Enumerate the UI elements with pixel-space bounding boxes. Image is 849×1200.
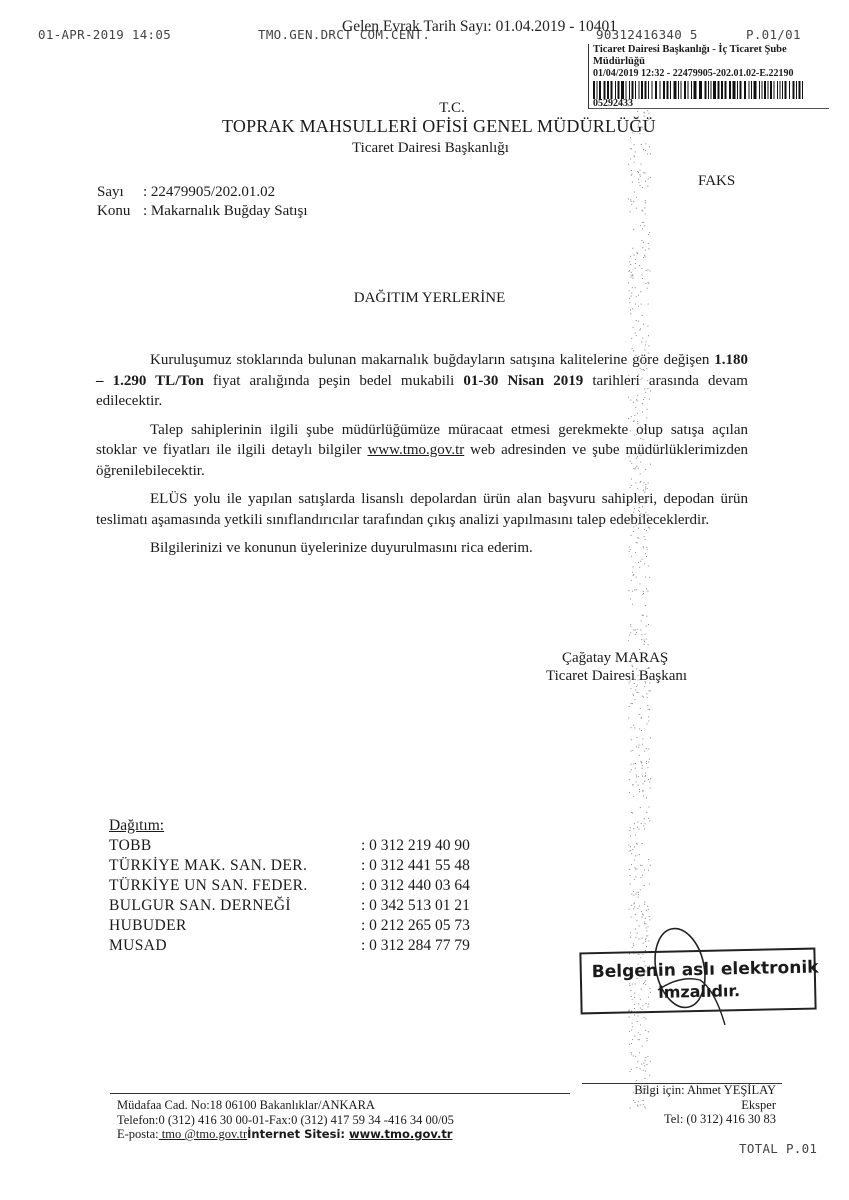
footer-address: Müdafaa Cad. No:18 06100 Bakanlıklar/ANK… [117,1098,454,1113]
website-label: İnternet Sitesi: [247,1127,349,1141]
recipient-phone: : 0 312 440 03 64 [361,876,470,896]
stamp-reference: 01/04/2019 12:32 - 22479905-202.01.02-E.… [593,68,794,80]
esig-line2: imzalıdır. [658,981,740,1002]
footer-online: E-posta: tmo @tmo.gov.trİnternet Sitesi:… [117,1127,454,1142]
contact-title: Eksper [612,1098,776,1113]
recipient-name: BULGUR SAN. DERNEĞİ [109,896,291,916]
department-name: Ticaret Dairesi Başkanlığı [0,140,849,157]
recipient-phone: : 0 312 284 77 79 [361,936,470,956]
paragraph-elus: ELÜS yolu ile yapılan satışlarda lisansl… [96,489,748,530]
barcode-icon [593,81,805,99]
subject-value: : Makarnalık Buğday Satışı [143,203,308,219]
reference-number-label: Sayı [97,184,143,201]
distribution-entry: MUSAD: 0 312 284 77 79 [109,936,164,956]
signer-title: Ticaret Dairesi Başkanı [546,668,687,685]
reference-number-value: : 22479905/202.01.02 [143,184,275,200]
footer-divider [110,1093,570,1094]
footer-website-link[interactable]: www.tmo.gov.tr [349,1127,452,1141]
email-link[interactable]: tmo @tmo.gov.tr [159,1127,247,1141]
email-label: E-posta: [117,1127,159,1141]
stamp-unit-line2: Müdürlüğü [593,56,645,68]
distribution-entry: TÜRKİYE UN SAN. FEDER.: 0 312 440 03 64 [109,876,164,896]
website-link[interactable]: www.tmo.gov.tr [367,442,464,458]
paragraph-application: Talep sahiplerinin ilgili şube müdürlüğü… [96,420,748,482]
distribution-title: Dağıtım: [109,816,164,836]
footer-address-block: Müdafaa Cad. No:18 06100 Bakanlıklar/ANK… [117,1098,454,1142]
recipient-name: HUBUDER [109,916,187,936]
stamp-unit-line1: Ticaret Dairesi Başkanlığı - İç Ticaret … [593,44,787,56]
recipients-heading: DAĞITIM YERLERİNE [0,290,849,307]
contact-phone: Tel: (0 312) 416 30 83 [612,1112,776,1127]
distribution-entry: BULGUR SAN. DERNEĞİ: 0 342 513 01 21 [109,896,164,916]
contact-person-block: Bilgi için: Ahmet YEŞİLAY Eksper Tel: (0… [612,1083,776,1127]
text: Kuruluşumuz stoklarında bulunan makarnal… [150,352,714,368]
text: fiyat aralığında peşin bedel mukabili [204,373,464,389]
recipient-name: TOBB [109,836,152,856]
fax-total-pages: TOTAL P.01 [739,1141,817,1156]
organization-name: TOPRAK MAHSULLERİ OFİSİ GENEL MÜDÜRLÜĞÜ [222,116,656,137]
document-type-label: FAKS [698,173,735,190]
paragraph-closing: Bilgilerinizi ve konunun üyelerinize duy… [96,538,748,559]
distribution-entry: HUBUDER: 0 212 265 05 73 [109,916,164,936]
fax-page-count: P.01/01 [746,27,801,42]
recipient-name: MUSAD [109,936,167,956]
distribution-entry: TÜRKİYE MAK. SAN. DER.: 0 312 441 55 48 [109,856,164,876]
distribution-list: Dağıtım: TOBB: 0 312 219 40 90TÜRKİYE MA… [109,816,164,956]
contact-name: Bilgi için: Ahmet YEŞİLAY [612,1083,776,1098]
subject-row: Konu: Makarnalık Buğday Satışı [97,203,308,220]
recipient-name: TÜRKİYE MAK. SAN. DER. [109,856,307,876]
subject-label: Konu [97,203,143,220]
recipient-phone: : 0 312 441 55 48 [361,856,470,876]
distribution-entry: TOBB: 0 312 219 40 90 [109,836,164,856]
electronic-signature-stamp: Belgenin aslı elektronik imzalıdır. [579,948,816,1015]
paragraph-sale-terms: Kuruluşumuz stoklarında bulunan makarnal… [96,350,748,412]
country-heading: T.C. [0,100,849,117]
fax-datetime: 01-APR-2019 14:05 [38,27,171,42]
footer-phones: Telefon:0 (312) 416 30 00-01-Fax:0 (312)… [117,1113,454,1128]
recipient-phone: : 0 212 265 05 73 [361,916,470,936]
reference-number-row: Sayı: 22479905/202.01.02 [97,184,275,201]
sale-dates: 01-30 Nisan 2019 [463,373,583,389]
esig-line1: Belgenin aslı elektronik [592,957,819,982]
recipient-name: TÜRKİYE UN SAN. FEDER. [109,876,308,896]
incoming-document-stamp: Gelen Evrak Tarih Sayı: 01.04.2019 - 104… [342,18,617,36]
letter-body: Kuruluşumuz stoklarında bulunan makarnal… [96,350,748,567]
recipient-phone: : 0 342 513 01 21 [361,896,470,916]
signer-name: Çağatay MARAŞ [562,650,668,667]
recipient-phone: : 0 312 219 40 90 [361,836,470,856]
